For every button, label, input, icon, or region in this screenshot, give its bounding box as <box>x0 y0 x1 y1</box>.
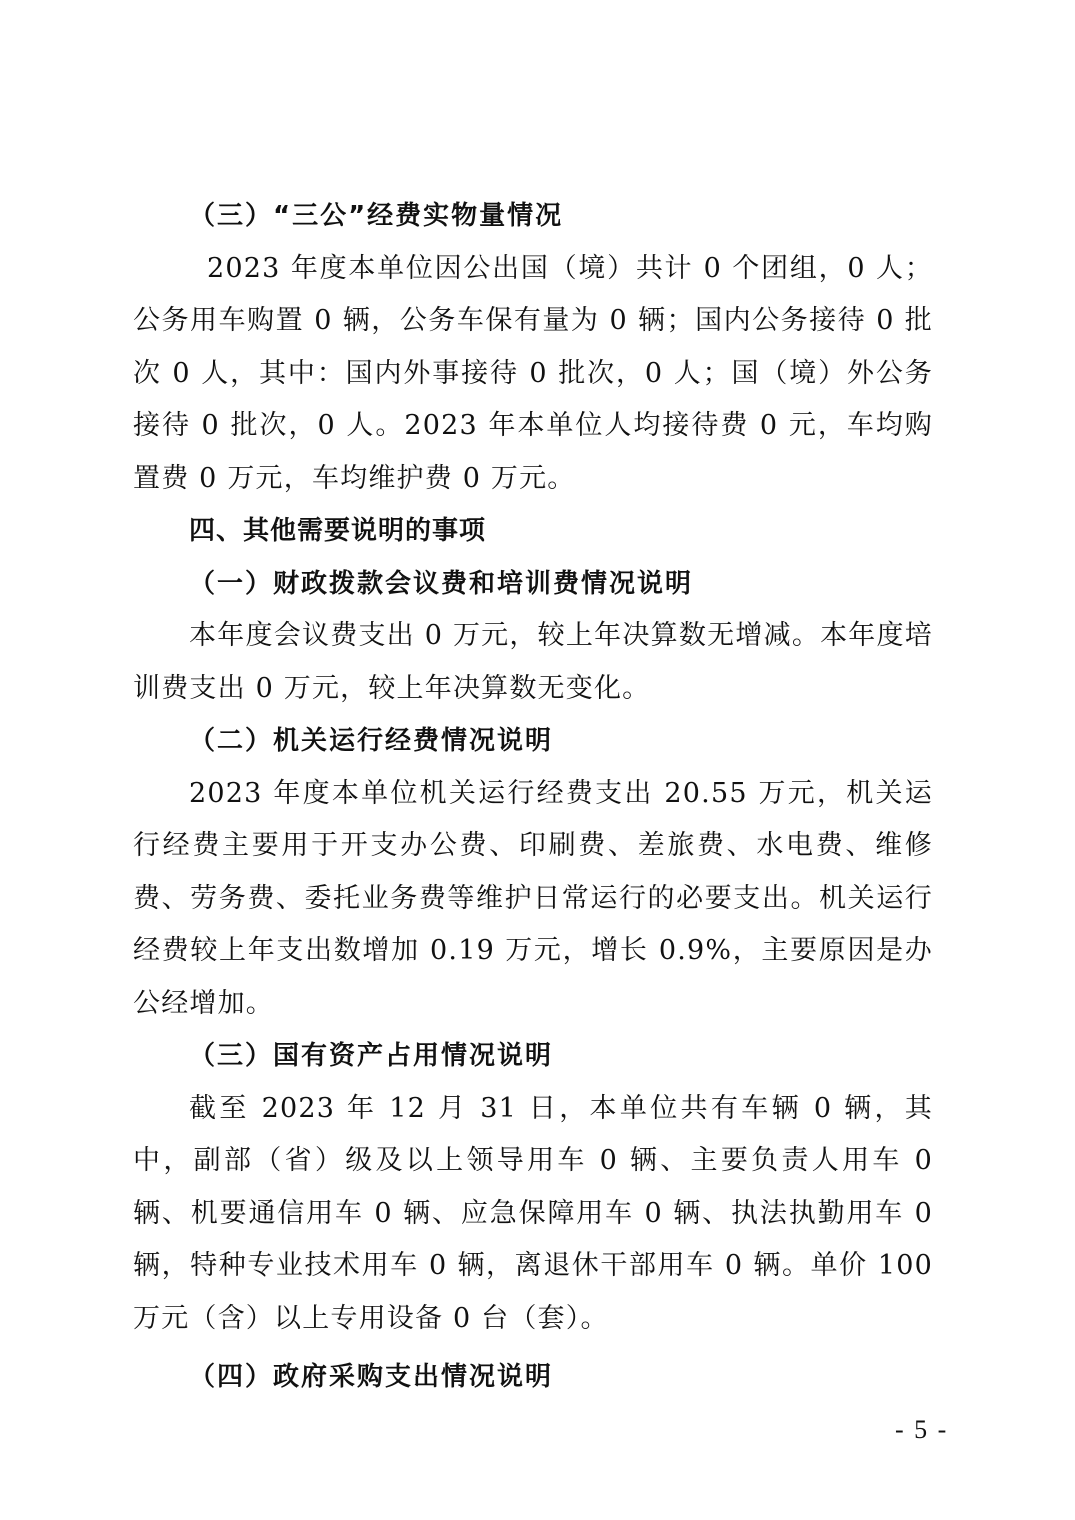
page-number: - 5 - <box>895 1415 948 1445</box>
section-heading-state-assets: （三）国有资产占用情况说明 <box>133 1030 933 1083</box>
section-heading-meeting-training-fees: （一）财政拨款会议费和培训费情况说明 <box>133 558 933 611</box>
section-heading-government-procurement: （四）政府采购支出情况说明 <box>133 1351 933 1404</box>
section-heading-operating-expenses: （二）机关运行经费情况说明 <box>133 715 933 768</box>
paragraph-meeting-training-fees: 本年度会议费支出 0 万元，较上年决算数无增减。本年度培训费支出 0 万元，较上… <box>133 610 933 715</box>
section-heading-other-matters: 四、其他需要说明的事项 <box>133 505 933 558</box>
paragraph-state-assets: 截至 2023 年 12 月 31 日，本单位共有车辆 0 辆，其中，副部（省）… <box>133 1083 933 1346</box>
paragraph-three-public-expenses: 2023 年度本单位因公出国（境）共计 0 个团组，0 人；公务用车购置 0 辆… <box>133 243 933 506</box>
paragraph-operating-expenses: 2023 年度本单位机关运行经费支出 20.55 万元，机关运行经费主要用于开支… <box>133 768 933 1031</box>
document-page: （三）“三公”经费实物量情况 2023 年度本单位因公出国（境）共计 0 个团组… <box>133 190 933 1404</box>
section-heading-three-public-expenses-quantity: （三）“三公”经费实物量情况 <box>133 190 933 243</box>
